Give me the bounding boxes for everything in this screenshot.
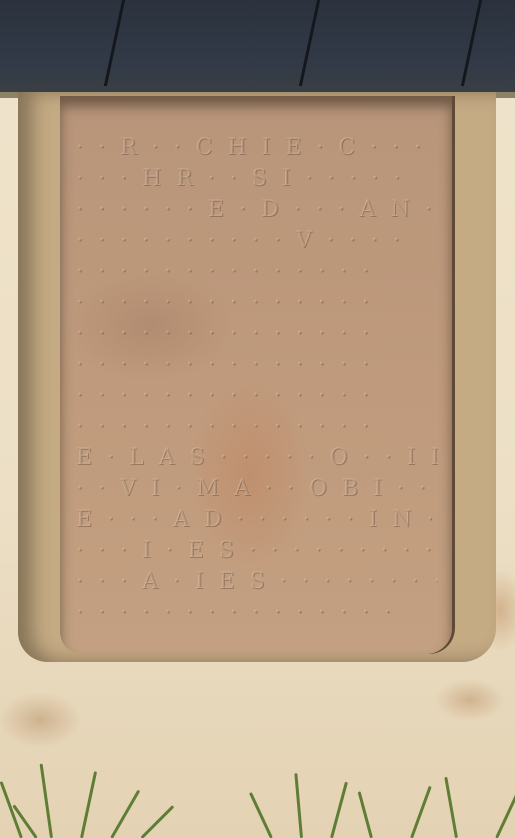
inscription: · · R · · C H I E · C · · · · · · · · H … [76,132,438,628]
inscription-line: E · L A S · · · · · O · · I I A [76,442,438,473]
grass-tuft [0,758,200,838]
inscription-line: · · · I · E S · · · · · · · · · · [76,535,438,566]
slate-joint [461,0,482,86]
slate-joint [104,0,125,86]
inscription-line: · · · A · I E S · · · · · · · · · [76,566,438,597]
grass-tuft [240,758,515,838]
inscription-line: E · · · A D · · · · · · I N · N · [76,504,438,535]
slate-joint [299,0,320,86]
inscription-line: · · · · · · · · · · · · · · [76,287,438,318]
inscribed-stone-tablet: · · R · · C H I E · C · · · · · · · · H … [60,96,452,654]
inscription-line: · · R · · C H I E · C · · · · · [76,132,438,163]
inscription-line: · · · · · · · · · · · · · · [76,380,438,411]
inscription-line: · · · · · · · · · · · · · · [76,349,438,380]
inscription-line: · · · · · · · · · · · · · · [76,318,438,349]
slate-roof-eave [0,0,515,98]
inscription-line: · · · · · · · · · · · · · · [76,256,438,287]
inscription-line: · · · · · · · · · · · · · · · [76,597,438,628]
inscription-line: · · V I · M A · · O B I · · E N · [76,473,438,504]
inscription-line: · · · · · · E · D · · · A N · [76,194,438,225]
inscription-line: · · · H R · · S I · · · · · [76,163,438,194]
inscription-line: · · · · · · · · · · V · · · · [76,225,438,256]
inscription-line: · · · · · · · · · · · · · · [76,411,438,442]
